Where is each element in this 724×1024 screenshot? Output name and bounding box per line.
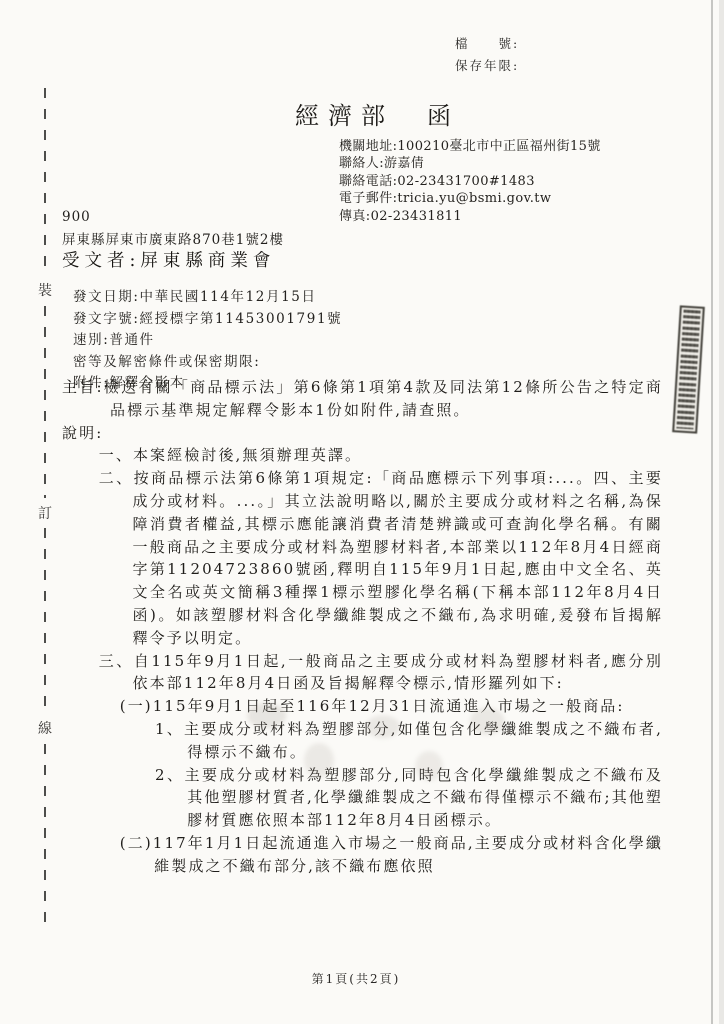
agency-address: 機關地址:100210臺北市中正區福州街15號 bbox=[339, 138, 601, 155]
item-text: 自115年9月1日起,一般商品之主要成分或材料為塑膠材料者,應分別依本部112年… bbox=[133, 652, 664, 693]
letter-body: 主旨:檢送有關「商品標示法」第6條第1項第4款及同法第12條所公告之特定商品標示… bbox=[62, 376, 663, 878]
dispatch-security: 密等及解密條件或保密期限: bbox=[73, 352, 342, 374]
explanation-item-3: 三、自115年9月1日起,一般商品之主要成分或材料為塑膠材料者,應分別依本部11… bbox=[99, 650, 663, 696]
item-text: 117年1月1日起流通進入市場之一般商品,主要成分或材料含化學纖維製成之不織布部… bbox=[153, 834, 663, 875]
scan-edge-line bbox=[711, 0, 713, 1024]
item-text: 本案經檢討後,無須辦理英譯。 bbox=[133, 446, 362, 464]
explanation-item-1: 一、本案經檢討後,無須辦理英譯。 bbox=[99, 444, 663, 467]
item-number: (二) bbox=[120, 834, 153, 852]
binding-label-zhuang: 裝 bbox=[37, 280, 53, 300]
binding-label-ding: 訂 bbox=[37, 503, 53, 523]
item-number: 三、 bbox=[99, 652, 134, 670]
item-text: 115年9月1日起至116年12月31日流通進入市場之一般商品: bbox=[153, 697, 625, 715]
archival-labels: 檔 號: 保存年限: bbox=[455, 33, 519, 77]
agency-email: 電子郵件:tricia.yu@bsmi.gov.tw bbox=[339, 190, 601, 207]
subject-text: 檢送有關「商品標示法」第6條第1項第4款及同法第12條所公告之特定商品標示基準規… bbox=[104, 378, 663, 419]
explanation-item-3-1: (一)115年9月1日起至116年12月31日流通進入市場之一般商品: bbox=[120, 695, 663, 718]
scan-edge-shadow bbox=[719, 0, 724, 1024]
explanation-label: 說明: bbox=[62, 422, 663, 445]
dispatch-date: 發文日期:中華民國114年12月15日 bbox=[73, 287, 342, 309]
item-number: 一、 bbox=[99, 446, 133, 464]
binding-label-xian: 線 bbox=[37, 718, 53, 738]
agency-phone: 聯絡電話:02-23431700#1483 bbox=[339, 173, 601, 190]
recipient-address: 屏東縣屏東市廣東路870巷1號2樓 bbox=[62, 228, 284, 248]
item-number: 2、 bbox=[155, 766, 184, 784]
subject-label: 主旨: bbox=[62, 378, 104, 396]
explanation-item-2: 二、按商品標示法第6條第1項規定:「商品應標示下列事項:...。四、主要成分或材… bbox=[99, 467, 663, 649]
dispatch-number: 發文字號:經授標字第11453001791號 bbox=[73, 309, 342, 331]
retention-period-label: 保存年限: bbox=[455, 55, 519, 77]
subject-line: 主旨:檢送有關「商品標示法」第6條第1項第4款及同法第12條所公告之特定商品標示… bbox=[62, 376, 663, 422]
binding-dashed-line bbox=[44, 744, 46, 926]
item-text: 主要成分或材料為塑膠部分,如僅包含化學纖維製成之不織布者,得標示不織布。 bbox=[184, 720, 663, 761]
agency-contact-person: 聯絡人:游嘉倩 bbox=[339, 155, 601, 172]
item-text: 主要成分或材料為塑膠部分,同時包含化學纖維製成之不織布及其他塑膠材質者,化學纖維… bbox=[184, 766, 663, 830]
agency-contact-block: 機關地址:100210臺北市中正區福州街15號 聯絡人:游嘉倩 聯絡電話:02-… bbox=[339, 138, 601, 225]
item-number: 二、 bbox=[99, 469, 134, 487]
registration-stamp-ink bbox=[676, 310, 700, 430]
registration-stamp bbox=[672, 305, 705, 433]
binding-dashed-line bbox=[44, 528, 46, 714]
explanation-item-3-1-1: 1、主要成分或材料為塑膠部分,如僅包含化學纖維製成之不織布者,得標示不織布。 bbox=[155, 718, 663, 764]
dispatch-speed: 速別:普通件 bbox=[73, 330, 342, 352]
recipient-name: 受文者:屏東縣商業會 bbox=[62, 247, 275, 272]
binding-dashed-line bbox=[44, 88, 46, 276]
recipient-zip: 900 bbox=[62, 209, 91, 225]
document-title: 經濟部 函 bbox=[295, 96, 460, 131]
item-number: (一) bbox=[120, 697, 153, 715]
file-number-label: 檔 號: bbox=[455, 33, 519, 55]
agency-fax: 傳真:02-23431811 bbox=[339, 208, 601, 225]
item-number: 1、 bbox=[155, 720, 184, 738]
explanation-item-3-2: (二)117年1月1日起流通進入市場之一般商品,主要成分或材料含化學纖維製成之不… bbox=[120, 832, 663, 878]
item-text: 按商品標示法第6條第1項規定:「商品應標示下列事項:...。四、主要成分或材料。… bbox=[133, 469, 664, 647]
binding-dashed-line bbox=[44, 306, 46, 498]
explanation-item-3-1-2: 2、主要成分或材料為塑膠部分,同時包含化學纖維製成之不織布及其他塑膠材質者,化學… bbox=[155, 764, 663, 832]
page-number: 第1頁(共2頁) bbox=[0, 970, 712, 987]
